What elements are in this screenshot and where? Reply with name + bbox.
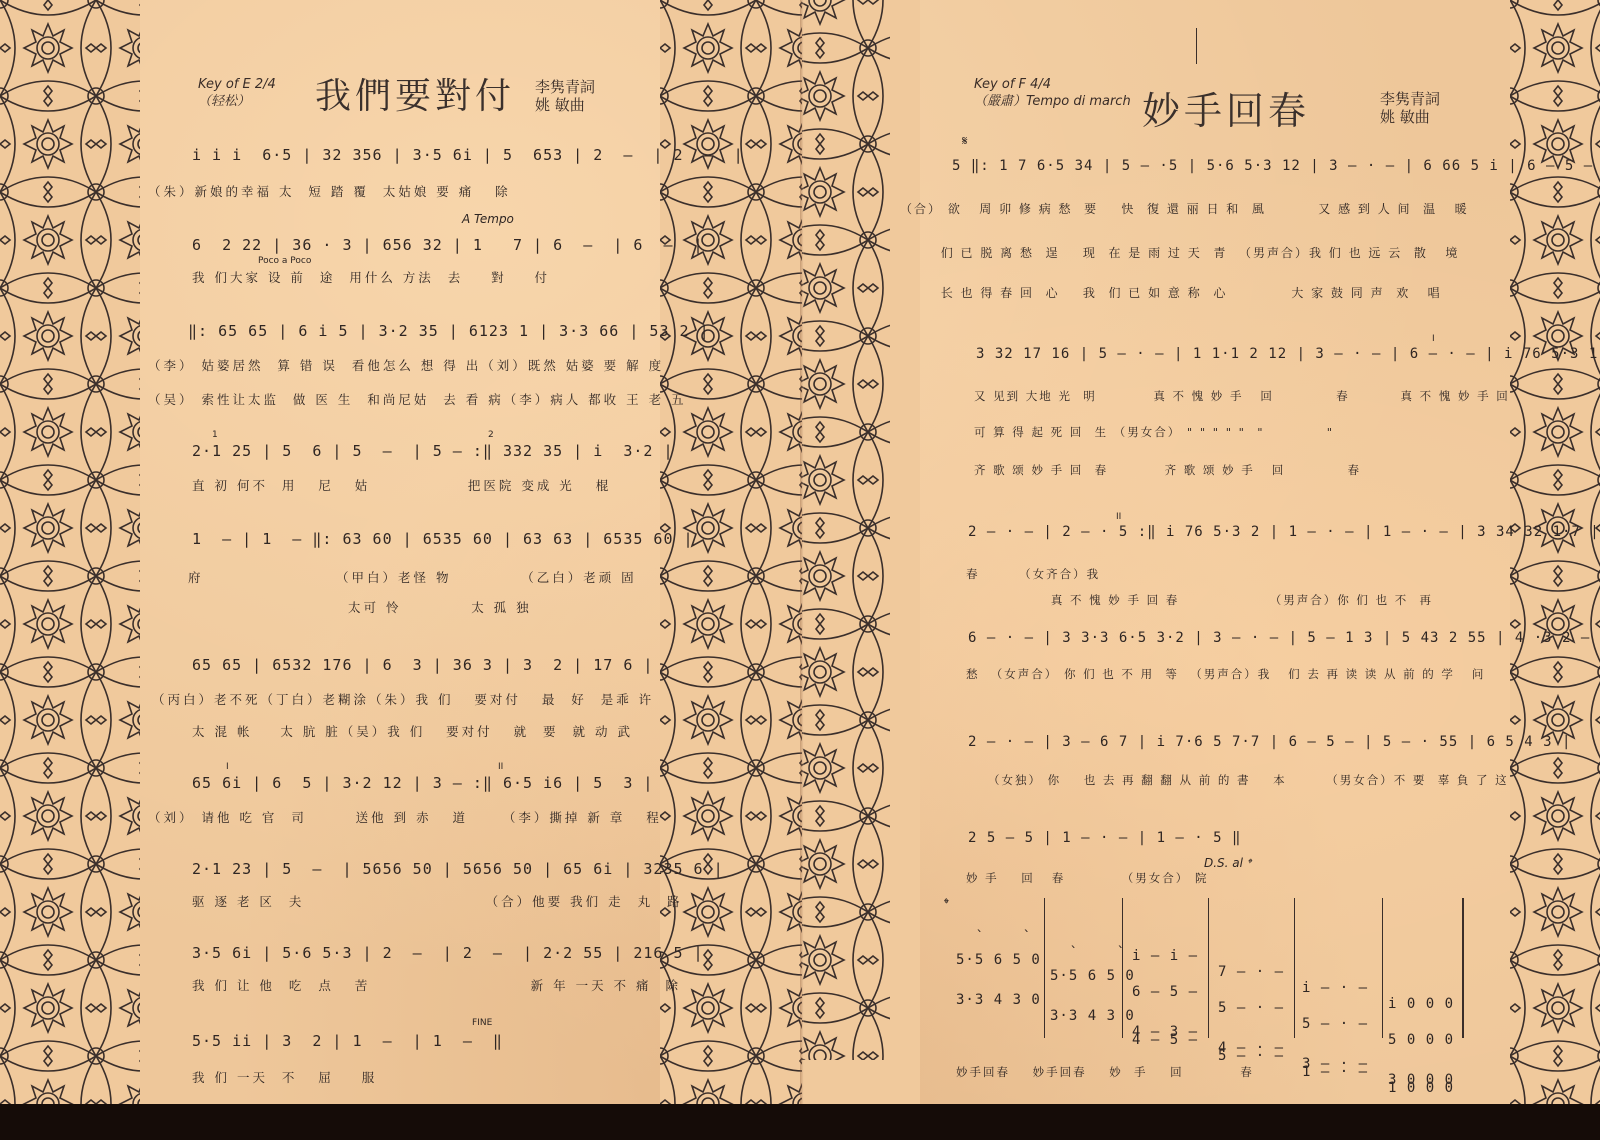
notation-line: 5·5 ii | 3 2 | 1 — | 1 — ‖ — [192, 1032, 503, 1050]
staff-cell: 1 0 0 0 — [1388, 1080, 1454, 1096]
tempo-marking: A Tempo — [462, 212, 514, 226]
floral-pattern-icon — [660, 0, 802, 1108]
song-credits: 李隽青詞 姚 敏曲 — [1380, 90, 1440, 126]
floral-pattern-icon — [0, 0, 140, 1108]
notation-line: 2·1 23 | 5 — | 5656 50 | 5656 50 | 65 6i… — [192, 860, 724, 878]
ornamental-border-center-left — [660, 0, 802, 1108]
staff-cell: 5·5 6 5 0 — [956, 952, 1041, 968]
lyricist: 李隽青詞 — [535, 78, 595, 96]
staff-cell: 1 — · — — [1302, 1064, 1368, 1080]
key-signature: Key of F 4/4 （嚴肅）Tempo di march — [974, 76, 1131, 110]
song-credits: 李隽青詞 姚 敏曲 — [535, 78, 595, 114]
notation-line: i i i 6·5 | 32 356 | 3·5 6i | 5 653 | 2 … — [192, 146, 744, 164]
key-label: Key of F 4/4 — [974, 76, 1131, 93]
lyricist: 李隽青詞 — [1380, 90, 1440, 108]
lyric-line: 妙 手 回 春 （男女合） 院 — [966, 870, 1208, 886]
lyric-line: 们 已 脱 离 愁 逞 现 在 是 雨 过 天 青 （男声合）我 们 也 远 云… — [900, 244, 1459, 261]
lyric-line: 我 们 让 他 吃 点 苦 新 年 一天 不 痛 除 — [192, 976, 681, 994]
lyric-line: 可 算 得 起 死 回 生 （男女合） " " " " " " " — [974, 424, 1334, 440]
page-mark — [1196, 28, 1197, 64]
ornamental-border-center-right — [802, 0, 920, 1108]
staff-cell: 5 — · — — [1302, 1016, 1368, 1032]
staff-cell: 3·3 4 3 0 — [1050, 1008, 1135, 1024]
lyric-line: 府 （甲白）老怪 物 （乙白）老顽 固 — [188, 568, 637, 586]
staff-cell: i — i — — [1132, 948, 1198, 964]
left-page: Key of E 2/4 （轻松） 我們要對付 李隽青詞 姚 敏曲 i i i … — [140, 0, 660, 1108]
staff-cell: i 0 0 0 — [1388, 996, 1454, 1012]
key-signature: Key of E 2/4 （轻松） — [198, 76, 276, 110]
notation-line: 65 6i | 6 5 | 3·2 12 | 3 — :‖ 6·5 i6 | 5… — [192, 774, 653, 792]
volta-bracket-1: I — [1432, 334, 1435, 344]
staff-cell: 5 — · — — [1218, 1000, 1284, 1016]
notation-line: 6 2 22 | 36 · 3 | 656 32 | 1 7 | 6 — | 6… — [192, 236, 704, 254]
book-gutter — [800, 0, 804, 1108]
songbook-spread: Key of E 2/4 （轻松） 我們要對付 李隽青詞 姚 敏曲 i i i … — [0, 0, 1600, 1112]
lyric-line: 愁 （女声合） 你 们 也 不 用 等 （男声合）我 们 去 再 读 读 从 前… — [966, 666, 1485, 682]
composer: 姚 敏曲 — [1380, 108, 1440, 126]
lyric-line: （李） 姑婆居然 算 错 误 看他怎么 想 得 出（刘）既然 姑婆 要 解 度 — [148, 356, 664, 374]
lyric-line: 齐 歌 颂 妙 手 回 春 齐 歌 颂 妙 手 回 春 — [974, 462, 1361, 478]
expression-marking: Poco a Poco — [258, 256, 311, 266]
key-label: Key of E 2/4 — [198, 76, 276, 93]
lyric-line: （朱）新娘的幸福 太 短 踏 覆 太姑娘 要 痛 除 — [148, 182, 511, 200]
composer: 姚 敏曲 — [535, 96, 595, 114]
tempo-label: （嚴肅）Tempo di march — [974, 93, 1131, 110]
lyric-line: （吴） 索性让太监 做 医 生 和尚尼姑 去 看 病（李）病人 都收 王 老 五 — [148, 390, 687, 408]
notation-line: 2 — · — | 3 — 6 7 | i 7·6 5 7·7 | 6 — 5 … — [968, 734, 1571, 750]
notation-line: 1 — | 1 — ‖: 63 60 | 6535 60 | 63 63 | 6… — [192, 530, 694, 548]
notation-line: 3·5 6i | 5·6 5·3 | 2 — | 2 — | 2·2 55 | … — [192, 944, 704, 962]
lyric-line: 驱 逐 老 区 夫 （合）他要 我们 走 丸 路 — [192, 892, 683, 910]
notation-line: 2 — · — | 2 — · 5 :‖ i 76 5·3 2 | 1 — · … — [968, 524, 1600, 540]
volta-bracket-2: II — [498, 762, 503, 772]
staff-cell: i — · — — [1302, 980, 1368, 996]
song-title: 妙手回春 — [1142, 80, 1310, 135]
staff-cell: 6 — 5 — — [1132, 984, 1198, 1000]
lyric-line: 长 也 得 春 回 心 我 们 已 如 意 称 心 大 家 鼓 同 声 欢 唱 — [900, 284, 1442, 301]
tempo-label: （轻松） — [198, 93, 276, 110]
lyric-line: 我 们大家 设 前 途 用什么 方法 去 對 付 — [192, 268, 550, 286]
ornamental-border-left — [0, 0, 140, 1108]
notation-line: 6 — · — | 3 3·3 6·5 3·2 | 3 — · — | 5 — … — [968, 630, 1600, 646]
volta-bracket-2: 2 — [488, 430, 494, 440]
volta-bracket-1: I — [226, 762, 229, 772]
lyric-line: 又 见到 大地 光 明 真 不 愧 妙 手 回 春 真 不 愧 妙 手 回 — [974, 388, 1510, 404]
lyric-line: 春 （女齐合）我 — [966, 566, 1100, 582]
lyric-line: 太可 怜 太 孤 独 — [348, 598, 532, 616]
lyric-line: 太 混 帐 太 肮 脏（吴）我 们 要对付 就 要 就 动 武 — [192, 722, 633, 740]
notation-line: 3 32 17 16 | 5 — · — | 1 1·1 2 12 | 3 — … — [976, 346, 1600, 362]
lyric-line: 妙手回春 妙手回春 妙 手 回 春 — [956, 1064, 1254, 1080]
staff-cell: 5 — · — — [1218, 1048, 1284, 1064]
volta-bracket-1: 1 — [212, 430, 218, 440]
segno-icon: 𝄋 — [962, 134, 968, 149]
coda-icon: 𝄌 — [944, 896, 949, 912]
staff-cell: 4 — 5 — — [1132, 1032, 1198, 1048]
lyric-line: （丙白）老不死（丁白）老糊涂（朱）我 们 要对付 最 好 是乖 许 — [152, 690, 654, 708]
notation-line: 2·1 25 | 5 6 | 5 — | 5 — :‖ 332 35 | i 3… — [192, 442, 673, 460]
right-page: Key of F 4/4 （嚴肅）Tempo di march 妙手回春 李隽青… — [920, 0, 1510, 1108]
ds-al-coda-marking: D.S. al 𝄌 — [1204, 856, 1251, 871]
floral-pattern-icon — [802, 0, 920, 1108]
volta-bracket-2: II — [1116, 512, 1121, 522]
notation-line: ‖: 65 65 | 6 i 5 | 3·2 35 | 6123 1 | 3·3… — [188, 322, 710, 340]
notation-line: 5 ‖: 1 7 6·5 34 | 5 — ·5 | 5·6 5·3 12 | … — [952, 158, 1600, 174]
lyric-line: （合） 欲 周 卯 修 病 愁 要 快 復 還 丽 日 和 風 又 感 到 人 … — [900, 200, 1469, 217]
staff-cell: 3·3 4 3 0 — [956, 992, 1041, 1008]
lyric-line: 直 初 何不 用 尼 姑 把医院 变成 光 棍 — [192, 476, 611, 494]
lyric-line: 我 们 一天 不 屈 服 — [192, 1068, 377, 1086]
scan-edge — [0, 1104, 1600, 1140]
notation-line: 65 65 | 6532 176 | 6 3 | 36 3 | 3 2 | 17… — [192, 656, 653, 674]
staff-cell: 5 0 0 0 — [1388, 1032, 1454, 1048]
coda-staff: ˎ ˎ ˎ ˎ i — i — 7 — · — i — · — i 0 0 0 … — [956, 898, 1456, 1038]
lyric-line: （女独） 你 也 去 再 翻 翻 从 前 的 書 本 （男女合）不 要 辜 負 … — [988, 772, 1509, 788]
song-title: 我們要對付 — [315, 68, 515, 119]
staff-cell: 5·5 6 5 0 — [1050, 968, 1135, 984]
staff-cell: 7 — · — — [1218, 964, 1284, 980]
lyric-line: 真 不 愧 妙 手 回 春 （男声合）你 们 也 不 再 — [966, 592, 1433, 608]
staff-cell: ˎ ˎ — [1050, 932, 1125, 948]
staff-cell: ˎ ˎ — [956, 916, 1031, 932]
lyric-line: （刘） 请他 吃 官 司 送他 到 赤 道 （李）撕掉 新 章 程 — [148, 808, 662, 826]
fine-marking: FINE — [472, 1018, 492, 1028]
notation-line: 2 5 — 5 | 1 — · — | 1 — · 5 ‖ — [968, 830, 1241, 846]
